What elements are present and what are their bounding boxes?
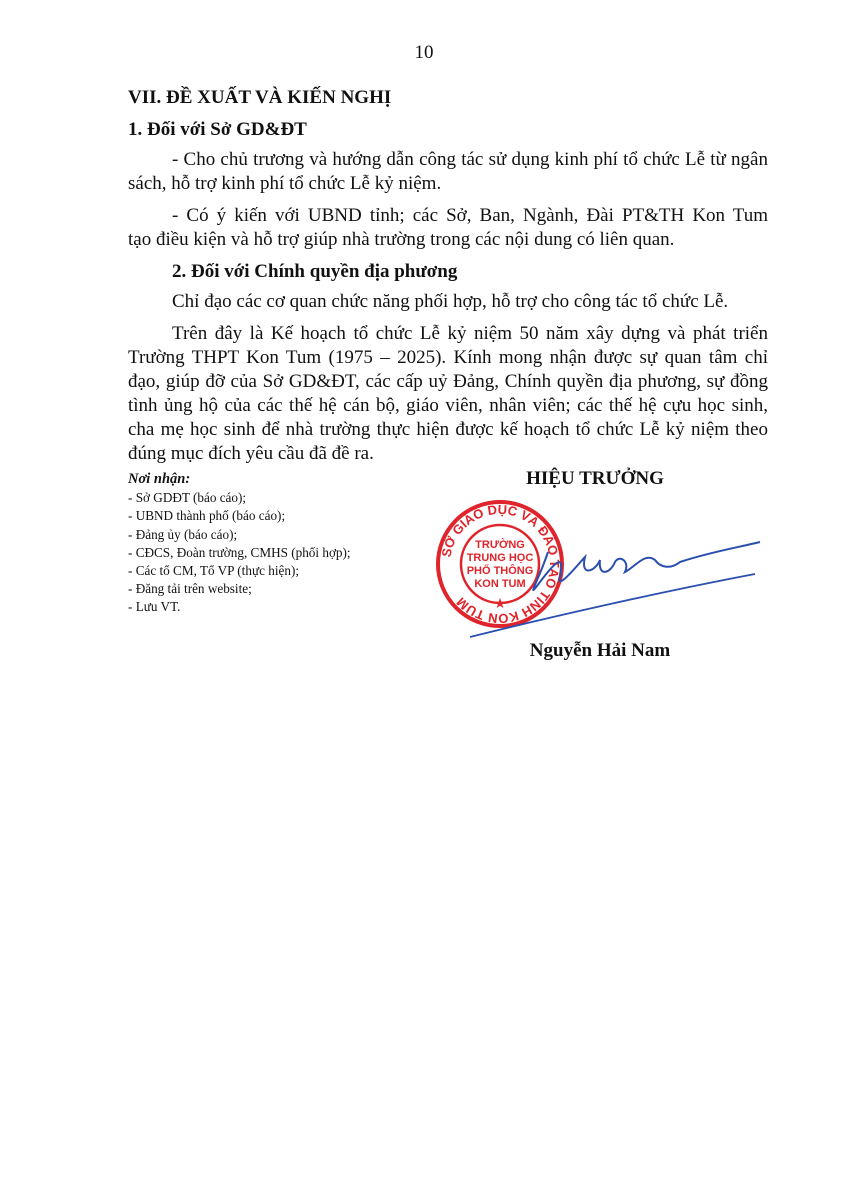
closing-line: cha mẹ học sinh để nhà trường thực hiện …	[128, 418, 768, 442]
paragraph-line: - Cho chủ trương và hướng dẫn công tác s…	[172, 148, 768, 172]
closing-line: đạo, giúp đỡ của Sở GD&ĐT, các cấp uỷ Đả…	[128, 370, 768, 394]
recipient-item: - Các tổ CM, Tổ VP (thực hiện);	[128, 562, 351, 580]
recipient-item: - Đăng tải trên website;	[128, 580, 351, 598]
recipient-item: - UBND thành phố (báo cáo);	[128, 507, 351, 525]
closing-line: Trường THPT Kon Tum (1975 – 2025). Kính …	[128, 346, 768, 370]
paragraph-line: tạo điều kiện và hỗ trợ giúp nhà trường …	[128, 228, 768, 252]
closing-line: Trên đây là Kế hoạch tổ chức Lễ kỷ niệm …	[172, 322, 768, 346]
recipients-title: Nơi nhận:	[128, 470, 351, 488]
paragraph-line: - Có ý kiến với UBND tỉnh; các Sở, Ban, …	[172, 204, 768, 228]
signature-block: HIỆU TRƯỞNG SỞ GIÁO DỤC VÀ ĐÀO TẠO TỈNH …	[430, 462, 780, 682]
subsection-heading-2: 2. Đối với Chính quyền địa phương	[172, 260, 768, 284]
recipient-item: - Lưu VT.	[128, 598, 351, 616]
paragraph-line: Chỉ đạo các cơ quan chức năng phối hợp, …	[172, 290, 768, 314]
signer-name: Nguyễn Hải Nam	[430, 640, 770, 662]
handwritten-signature-icon	[430, 522, 780, 642]
recipient-item: - Đảng ủy (báo cáo);	[128, 526, 351, 544]
recipient-item: - CĐCS, Đoàn trường, CMHS (phối hợp);	[128, 544, 351, 562]
closing-line: tình ủng hộ của các thế hệ cán bộ, giáo …	[128, 394, 768, 418]
recipient-item: - Sở GDĐT (báo cáo);	[128, 489, 351, 507]
subsection-heading-1: 1. Đối với Sở GD&ĐT	[128, 118, 768, 142]
paragraph-line: sách, hỗ trợ kinh phí tổ chức Lễ kỷ niệm…	[128, 172, 768, 196]
section-heading: VII. ĐỀ XUẤT VÀ KIẾN NGHỊ	[128, 86, 768, 110]
page-number: 10	[0, 42, 848, 64]
recipients-block: Nơi nhận: - Sở GDĐT (báo cáo); - UBND th…	[128, 470, 351, 617]
signer-title: HIỆU TRƯỞNG	[430, 468, 760, 490]
